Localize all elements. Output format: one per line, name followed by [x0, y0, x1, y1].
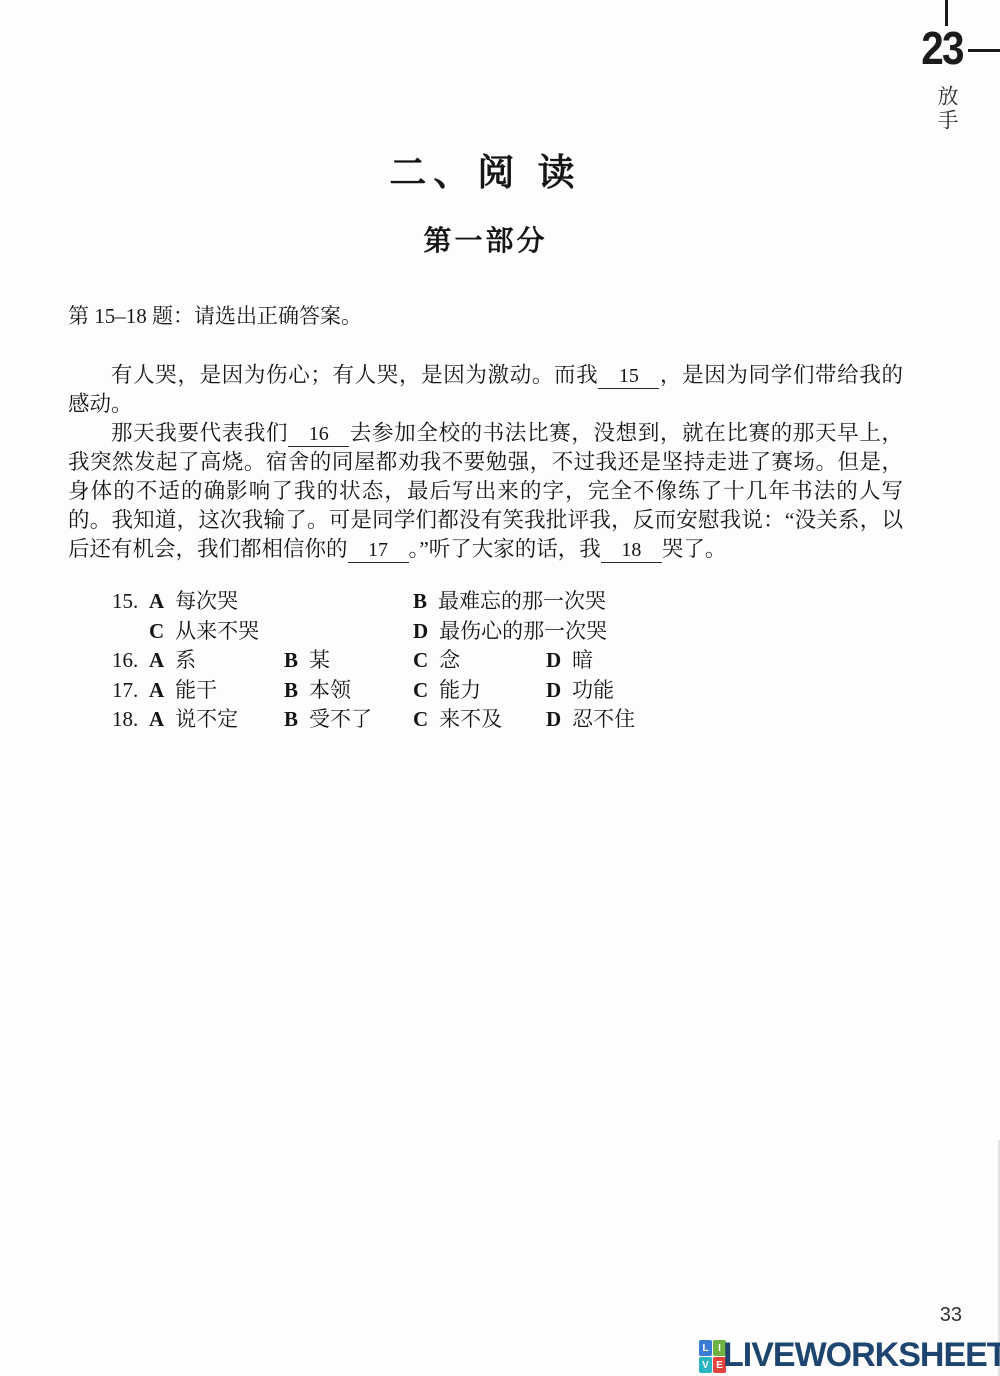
answer-blank-18[interactable]: 18: [601, 539, 662, 563]
option-16-B[interactable]: B某: [284, 646, 413, 676]
answer-blank-15[interactable]: 15: [598, 365, 659, 389]
question-number: 16.: [112, 646, 149, 676]
option-text: 能干: [175, 678, 217, 702]
question-16-row: 16. A系 B某 C念 D暗: [112, 646, 903, 676]
option-letter: C: [413, 707, 428, 731]
option-text: 忍不住: [572, 707, 635, 731]
option-letter: A: [149, 678, 164, 702]
option-18-B[interactable]: B受不了: [284, 705, 413, 735]
logo-square-l: L: [699, 1340, 712, 1356]
page-number: 33: [940, 1304, 962, 1327]
option-18-C[interactable]: C来不及: [413, 705, 546, 735]
question-18-row: 18. A说不定 B受不了 C来不及 D忍不住: [112, 705, 903, 735]
answer-blank-17[interactable]: 17: [348, 539, 409, 563]
option-text: 功能: [572, 678, 614, 702]
option-letter: B: [284, 648, 298, 672]
option-text: 从来不哭: [175, 619, 259, 643]
option-15-D[interactable]: D最伤心的那一次哭: [413, 617, 607, 647]
option-text: 每次哭: [175, 589, 238, 613]
question-17-row: 17. A能干 B本领 C能力 D功能: [112, 676, 903, 706]
liveworksheets-logo-icon: L I V E: [699, 1340, 726, 1373]
instruction-line: 第 15–18 题：请选出正确答案。: [68, 300, 903, 330]
option-letter: A: [149, 648, 164, 672]
option-text: 本领: [309, 678, 351, 702]
option-text: 最伤心的那一次哭: [439, 619, 607, 643]
option-letter: A: [149, 589, 164, 613]
option-letter: C: [413, 678, 428, 702]
unit-number: 23: [917, 24, 966, 72]
option-text: 能力: [439, 678, 481, 702]
question-number: 18.: [112, 705, 149, 735]
option-17-C[interactable]: C能力: [413, 676, 546, 706]
logo-wordmark: LIVEWORKSHEETS: [723, 1337, 1000, 1374]
passage-paragraph-2: 那天我要代表我们16去参加全校的书法比赛，没想到，就在比赛的那天早上，我突然发起…: [68, 419, 903, 564]
option-letter: D: [546, 678, 561, 702]
option-letter: D: [413, 619, 428, 643]
question-number: 17.: [112, 676, 149, 706]
passage-text: 那天我要代表我们: [111, 421, 288, 445]
option-text: 来不及: [439, 707, 502, 731]
logo-square-v: V: [699, 1357, 712, 1373]
option-text: 系: [175, 648, 196, 672]
option-17-A[interactable]: A能干: [149, 676, 284, 706]
option-17-D[interactable]: D功能: [546, 676, 614, 706]
option-text: 受不了: [309, 707, 372, 731]
option-letter: B: [284, 678, 298, 702]
option-letter: B: [413, 589, 427, 613]
option-18-A[interactable]: A说不定: [149, 705, 284, 735]
option-text: 某: [309, 648, 330, 672]
option-text: 最难忘的那一次哭: [438, 589, 606, 613]
passage-text: 哭了。: [662, 537, 727, 561]
option-16-C[interactable]: C念: [413, 646, 546, 676]
option-letter: C: [149, 619, 164, 643]
option-text: 暗: [572, 648, 593, 672]
question-15-row-2: C从来不哭 D最伤心的那一次哭: [112, 617, 903, 647]
answer-blank-16[interactable]: 16: [288, 423, 349, 447]
section-title: 二、阅 读: [68, 142, 903, 196]
passage-paragraph-1: 有人哭，是因为伤心；有人哭，是因为激动。而我15，是因为同学们带给我的感动。: [68, 361, 903, 419]
option-text: 念: [439, 648, 460, 672]
part-title: 第一部分: [68, 219, 903, 259]
option-letter: B: [284, 707, 298, 731]
option-letter: D: [546, 648, 561, 672]
option-letter: C: [413, 648, 428, 672]
option-15-C[interactable]: C从来不哭: [149, 617, 413, 647]
content-column: 二、阅 读 第一部分 第 15–18 题：请选出正确答案。 有人哭，是因为伤心；…: [68, 0, 903, 735]
passage-text: 有人哭，是因为伤心；有人哭，是因为激动。而我: [111, 363, 598, 387]
unit-title-vertical: 放手: [932, 85, 962, 133]
worksheet-page: 23 放手 二、阅 读 第一部分 第 15–18 题：请选出正确答案。 有人哭，…: [0, 0, 1000, 1376]
option-17-B[interactable]: B本领: [284, 676, 413, 706]
option-16-D[interactable]: D暗: [546, 646, 593, 676]
option-16-A[interactable]: A系: [149, 646, 284, 676]
reading-passage: 有人哭，是因为伤心；有人哭，是因为激动。而我15，是因为同学们带给我的感动。 那…: [68, 361, 903, 564]
option-15-A[interactable]: A每次哭: [149, 587, 413, 617]
option-15-B[interactable]: B最难忘的那一次哭: [413, 587, 606, 617]
option-18-D[interactable]: D忍不住: [546, 705, 635, 735]
passage-text: 。”听了大家的话，我: [409, 537, 601, 561]
corner-dash-line: [968, 49, 1000, 52]
option-letter: D: [546, 707, 561, 731]
liveworksheets-logo[interactable]: L I V E LIVEWORKSHEETS: [699, 1337, 1000, 1374]
options-block: 15. A每次哭 B最难忘的那一次哭 C从来不哭 D最伤心的那一次哭 16. A…: [112, 587, 903, 735]
question-number: 15.: [112, 587, 149, 617]
option-text: 说不定: [175, 707, 238, 731]
option-letter: A: [149, 707, 164, 731]
question-15-row-1: 15. A每次哭 B最难忘的那一次哭: [112, 587, 903, 617]
